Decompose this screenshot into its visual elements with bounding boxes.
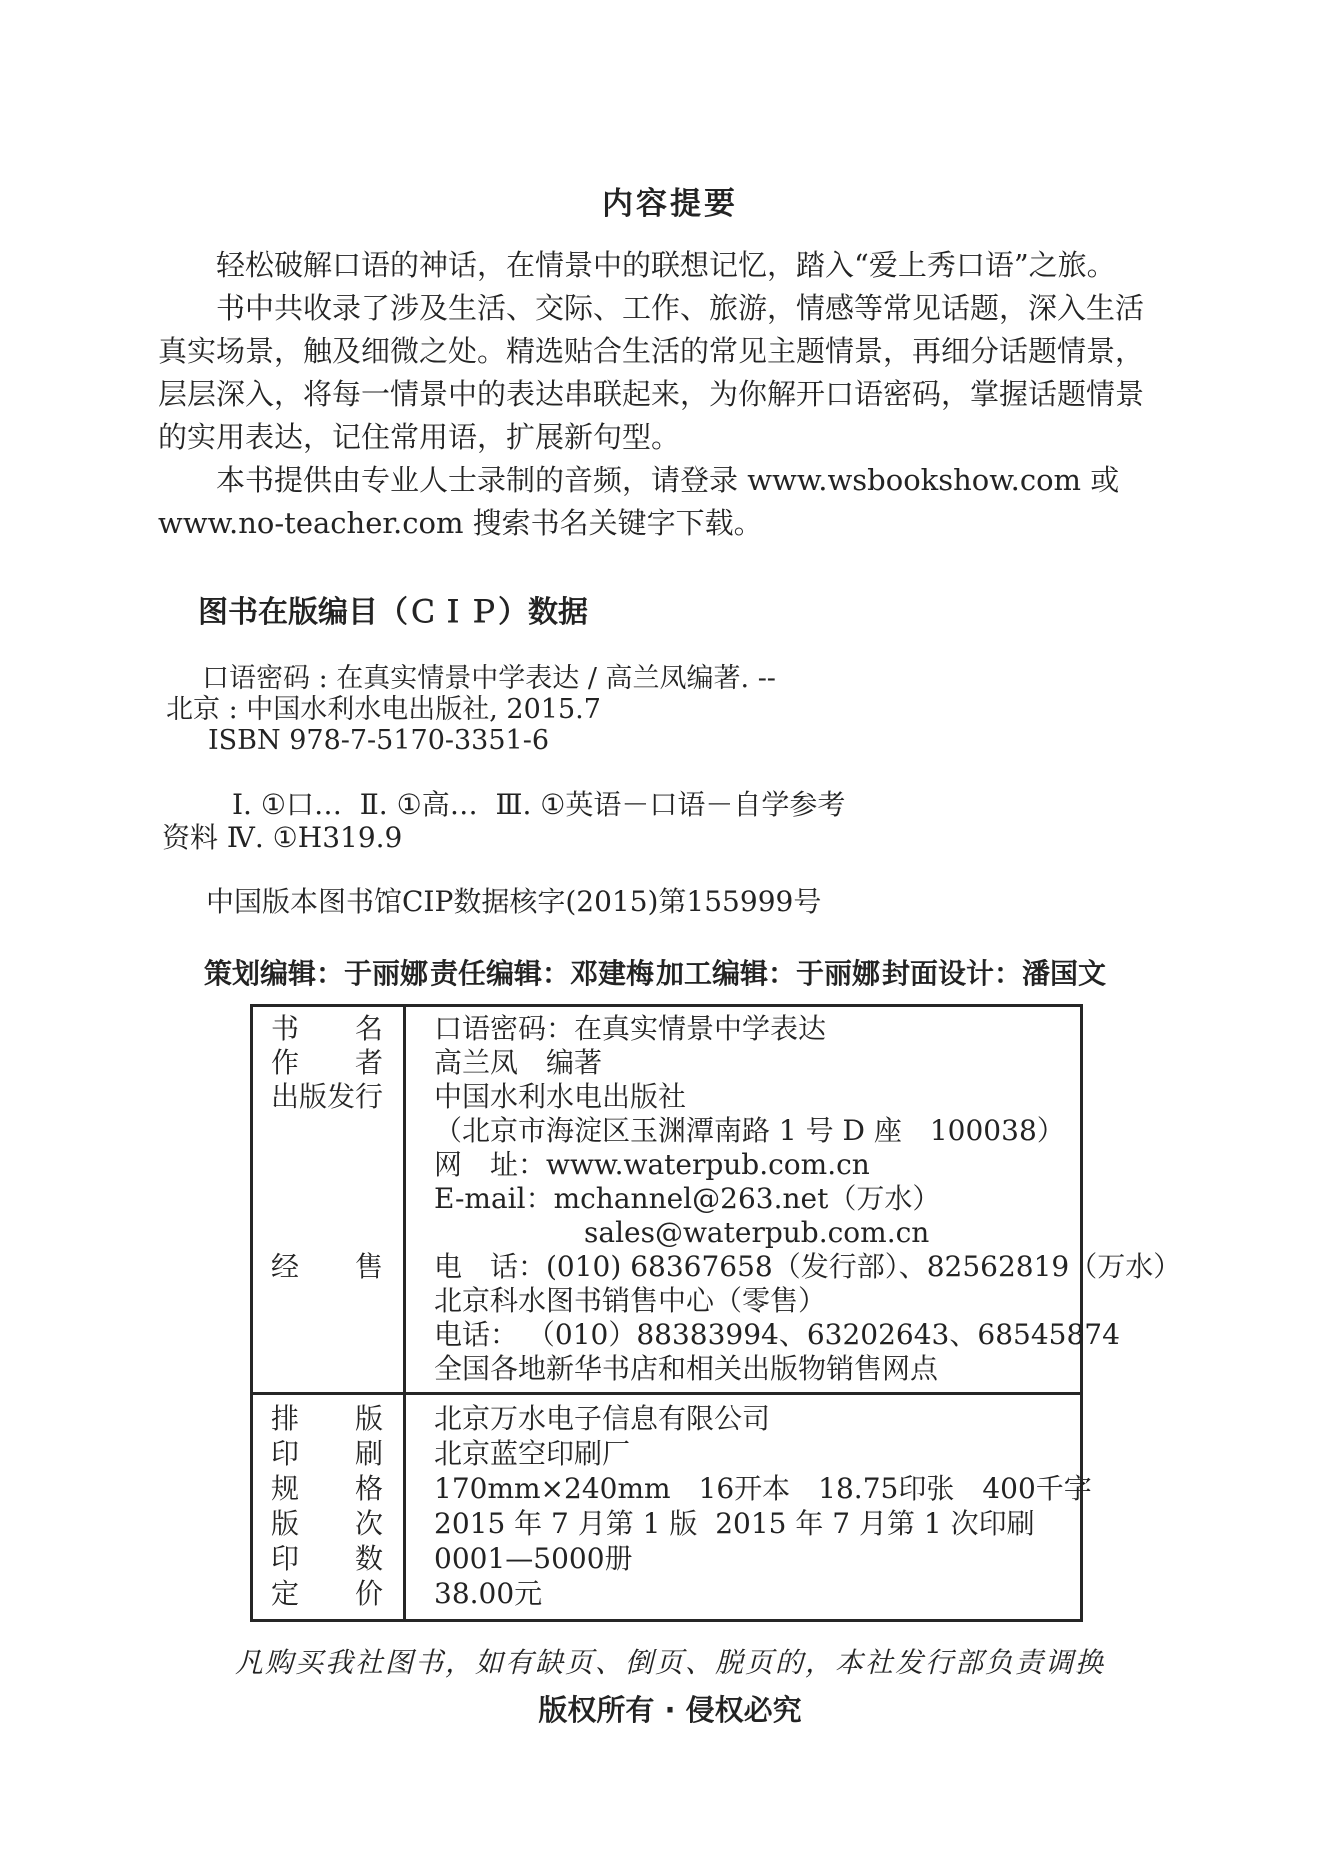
row-value edition: 2015 年 7 月第 1 版 2015 年 7 月第 1 次印刷 [406, 1506, 1092, 1541]
row-value publisher-address: （北京市海淀区玉渊潭南路 1 号 D 座 100038） [406, 1114, 1181, 1148]
colophon-lower-section: 排 版 北京万水电子信息有限公司 印 刷 北京蓝空印刷厂 规 格 170mm×2… [253, 1395, 1080, 1619]
row-value distribution-note: 全国各地新华书店和相关出版物销售网点 [406, 1352, 1181, 1386]
row-value email-sales: sales@waterpub.com.cn [406, 1216, 1181, 1250]
summary-line: 层层深入，将每一情景中的表达串联起来，为你解开口语密码，掌握话题情景 [158, 373, 1182, 416]
credit-item: 加工编辑：于丽娜 [656, 954, 880, 994]
copyright-notice: 版权所有 · 侵权必究 [158, 1690, 1182, 1730]
cip-record-line: 口语密码 : 在真实情景中学表达 / 高兰凤编著. -- [158, 663, 1182, 694]
row-value retail-center: 北京科水图书销售中心（零售） [406, 1284, 1181, 1318]
row-label: 定 价 [253, 1576, 406, 1611]
cip-record: 口语密码 : 在真实情景中学表达 / 高兰凤编著. -- 北京 : 中国水利水电… [158, 663, 1182, 756]
row-label [253, 1352, 406, 1386]
credits-line: 策划编辑：于丽娜 责任编辑：邓建梅 加工编辑：于丽娜 封面设计：潘国文 [204, 954, 1106, 994]
row-label: 印 刷 [253, 1436, 406, 1471]
row-value print-run: 0001—5000册 [406, 1541, 1092, 1576]
row-value typesetting: 北京万水电子信息有限公司 [406, 1401, 1092, 1436]
row-value sales-phone: 电 话：(010) 68367658（发行部）、82562819（万水） [406, 1250, 1181, 1284]
row-label [253, 1216, 406, 1250]
row-value email: E-mail：mchannel@263.net（万水） [406, 1182, 1181, 1216]
row-value format-spec: 170mm×240mm 16开本 18.75印张 400千字 [406, 1471, 1092, 1506]
row-value printer: 北京蓝空印刷厂 [406, 1436, 1092, 1471]
credit-item: 策划编辑：于丽娜 [204, 954, 428, 994]
summary-line: 书中共收录了涉及生活、交际、工作、旅游，情感等常见话题，深入生活 [158, 287, 1182, 330]
page-content: 内容提要 轻松破解口语的神话，在情景中的联想记忆，踏入“爱上秀口语”之旅。 书中… [158, 0, 1182, 1730]
row-label [253, 1148, 406, 1182]
summary-title: 内容提要 [158, 182, 1182, 226]
colophon-table: 书 名 口语密码：在真实情景中学表达 作 者 高兰凤 编著 出版发行 中国水利水… [250, 1004, 1083, 1622]
row-label [253, 1114, 406, 1148]
credit-item: 责任编辑：邓建梅 [430, 954, 654, 994]
table-column-divider [403, 1007, 406, 1619]
summary-line: 本书提供由专业人士录制的音频，请登录 www.wsbookshow.com 或 [158, 459, 1182, 502]
row-label: 规 格 [253, 1471, 406, 1506]
cip-heading: 图书在版编目（ＣＩＰ）数据 [158, 591, 1182, 635]
cip-note: 中国版本图书馆CIP数据核字(2015)第155999号 [158, 882, 1182, 922]
row-label: 作 者 [253, 1046, 406, 1080]
row-value price: 38.00元 [406, 1576, 1092, 1611]
row-value book-title: 口语密码：在真实情景中学表达 [406, 1012, 1181, 1046]
row-value website: 网 址：www.waterpub.com.cn [406, 1148, 1181, 1182]
row-label: 排 版 [253, 1401, 406, 1436]
book-copyright-page: 内容提要 轻松破解口语的神话，在情景中的联想记忆，踏入“爱上秀口语”之旅。 书中… [0, 0, 1339, 1859]
row-label: 书 名 [253, 1012, 406, 1046]
summary-line: 轻松破解口语的神话，在情景中的联想记忆，踏入“爱上秀口语”之旅。 [158, 244, 1182, 287]
row-label [253, 1182, 406, 1216]
row-label: 印 数 [253, 1541, 406, 1576]
row-value author: 高兰凤 编著 [406, 1046, 1181, 1080]
row-value retail-phone: 电话： （010）88383994、63202643、68545874 [406, 1318, 1181, 1352]
row-label: 出版发行 [253, 1080, 406, 1114]
summary-paragraphs: 轻松破解口语的神话，在情景中的联想记忆，踏入“爱上秀口语”之旅。 书中共收录了涉… [158, 244, 1182, 545]
cip-class-line: 资料 Ⅳ. ①H319.9 [158, 821, 1182, 854]
row-label [253, 1318, 406, 1352]
summary-line: www.no-teacher.com 搜索书名关键字下载。 [158, 502, 1182, 545]
row-label [253, 1284, 406, 1318]
cip-record-line: 北京 : 中国水利水电出版社, 2015.7 [158, 694, 1182, 725]
row-label: 版 次 [253, 1506, 406, 1541]
summary-line: 真实场景，触及细微之处。精选贴合生活的常见主题情景，再细分话题情景， [158, 330, 1182, 373]
cip-record-line isbn-line: ISBN 978-7-5170-3351-6 [158, 725, 1182, 756]
colophon-upper-section: 书 名 口语密码：在真实情景中学表达 作 者 高兰凤 编著 出版发行 中国水利水… [253, 1007, 1080, 1395]
cip-class-line: Ⅰ. ①口… Ⅱ. ①高… Ⅲ. ①英语－口语－自学参考 [158, 788, 1182, 821]
row-label: 经 售 [253, 1250, 406, 1284]
summary-line: 的实用表达，记住常用语，扩展新句型。 [158, 416, 1182, 459]
credit-item: 封面设计：潘国文 [882, 954, 1106, 994]
cip-classification: Ⅰ. ①口… Ⅱ. ①高… Ⅲ. ①英语－口语－自学参考 资料 Ⅳ. ①H319… [158, 788, 1182, 854]
row-value publisher: 中国水利水电出版社 [406, 1080, 1181, 1114]
exchange-note: 凡购买我社图书，如有缺页、倒页、脱页的，本社发行部负责调换 [158, 1644, 1182, 1682]
